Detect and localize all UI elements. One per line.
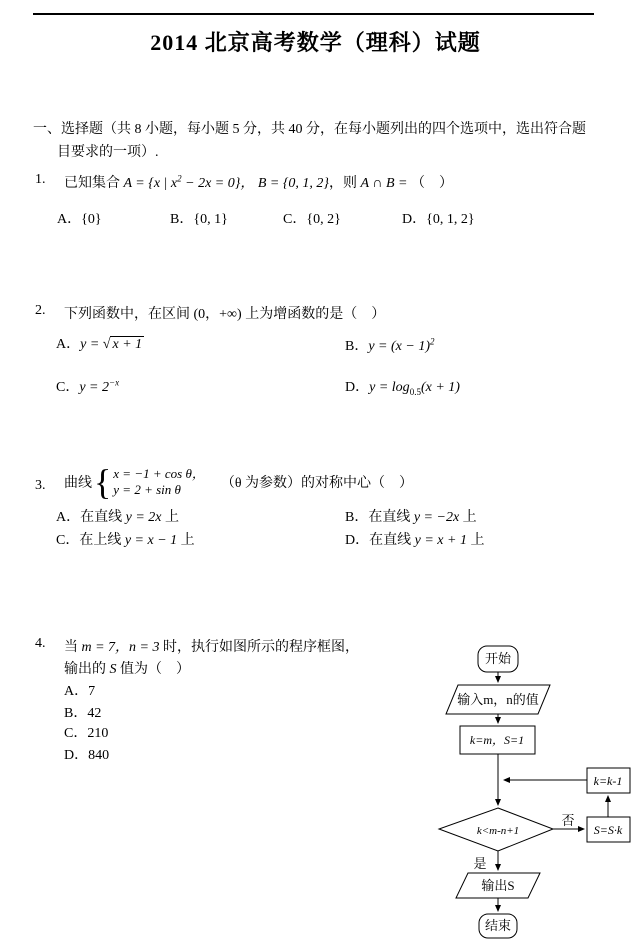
q1-option-b-label: B． [170, 212, 193, 227]
q4-option-b-label: B． [64, 706, 87, 721]
q4-line1-pre: 当 [64, 640, 82, 655]
q4-line1-post: 时，执行如图所示的程序框图， [160, 640, 360, 655]
q1-stem-blank: （ ） [411, 176, 453, 191]
q2-option-c-label: C． [56, 380, 79, 395]
flowchart-start-label: 开始 [485, 651, 512, 666]
q4-option-c: C．210 [64, 722, 108, 742]
flowchart-multiply-label: S=S·k [594, 823, 623, 837]
q3-option-c-math: y = x − 1 [125, 533, 177, 548]
q1-stem-math3: A ∩ B = [361, 176, 411, 191]
q1-number: 1. [35, 172, 46, 188]
q4-stem-line1: 当 m = 7，n = 3 时，执行如图所示的程序框图， [64, 636, 359, 656]
q2-option-a: A．y = √x + 1 [56, 333, 144, 353]
q2-stem: 下列函数中，在区间 (0，+∞) 上为增函数的是（ ） [64, 303, 385, 323]
q3-stem-post: （θ 为参数）的对称中心（ ） [221, 472, 413, 492]
q4-option-a: A．7 [64, 680, 95, 700]
q1-option-d: D．{0, 1, 2} [402, 208, 475, 228]
q2-option-d-log: y = log [369, 380, 410, 395]
q2-option-b: B．y = (x − 1)2 [345, 335, 435, 355]
system-brace: { [94, 464, 111, 500]
q1-stem-math2: − 2x = 0}， B = {0, 1, 2} [182, 176, 329, 191]
flowchart: 开始 输入m，n的值 k=m，S=1 k<m-n+1 否 S=S·k k=k-1… [400, 630, 631, 939]
q3-option-c-post: 上 [177, 533, 195, 548]
q2-option-d-logbase: 0.5 [410, 387, 421, 397]
exam-page: 2014 北京高考数学（理科）试题 一、选择题（共 8 小题，每小题 5 分，共… [0, 0, 631, 939]
q3-option-c: C．在上线 y = x − 1 上 [56, 529, 195, 549]
q3-option-a-label: A． [56, 510, 80, 525]
q4-line2-pre: 输出的 [64, 662, 110, 677]
q3-option-d: D．在直线 y = x + 1 上 [345, 529, 484, 549]
q3-option-a-post: 上 [162, 510, 180, 525]
q1-stem: 已知集合 A = {x | x2 − 2x = 0}， B = {0, 1, 2… [64, 172, 453, 192]
q3-option-a-math: y = 2x [126, 510, 162, 525]
q3-parametric-system: x = −1 + cos θ， y = 2 + sin θ [113, 466, 205, 498]
q2-option-a-label: A． [56, 337, 80, 352]
q3-option-a-pre: 在直线 [80, 510, 126, 525]
q2-option-c-base: y = 2 [79, 380, 109, 395]
q3-option-b-label: B． [345, 510, 368, 525]
q2-number: 2. [35, 303, 46, 319]
q4-line2-post: 值为（ ） [117, 662, 191, 677]
q4-line2-math: S [110, 662, 117, 677]
q4-option-a-label: A． [64, 684, 88, 699]
q4-option-b: B．42 [64, 702, 101, 722]
q3-number: 3. [35, 478, 46, 494]
q2-option-d-arg: (x + 1) [421, 380, 460, 395]
q3-option-d-pre: 在直线 [369, 533, 415, 548]
flowchart-input-label: 输入m，n的值 [457, 692, 539, 708]
q1-option-d-value: {0, 1, 2} [426, 212, 474, 227]
q2-option-b-exponent: 2 [430, 336, 435, 346]
q3-option-a: A．在直线 y = 2x 上 [56, 506, 179, 526]
q4-option-d-label: D． [64, 748, 88, 763]
q3-option-b-math: y = −2x [414, 510, 459, 525]
q2-option-a-pre: y = [80, 337, 103, 352]
q1-option-c-value: {0, 2} [306, 212, 340, 227]
q4-option-c-label: C． [64, 726, 87, 741]
q1-option-b-value: {0, 1} [193, 212, 227, 227]
q1-stem-pre: 已知集合 [64, 176, 124, 191]
q1-option-c-label: C． [283, 212, 306, 227]
q3-option-b-post: 上 [459, 510, 477, 525]
q2-option-a-radicand: x + 1 [110, 336, 144, 352]
flowchart-init-label: k=m，S=1 [470, 733, 524, 747]
page-title: 2014 北京高考数学（理科）试题 [0, 26, 631, 57]
q2-option-c: C．y = 2−x [56, 376, 119, 396]
q2-option-b-label: B． [345, 339, 368, 354]
flowchart-condition-label: k<m-n+1 [477, 825, 519, 837]
q2-option-c-exponent: −x [109, 377, 119, 387]
flowchart-no-label: 否 [561, 813, 574, 828]
q3-option-b-pre: 在直线 [368, 510, 414, 525]
flowchart-end-label: 结束 [485, 918, 511, 933]
flowchart-yes-label: 是 [473, 856, 486, 871]
q3-stem: 曲线 { x = −1 + cos θ， y = 2 + sin θ （θ 为参… [64, 464, 413, 500]
q1-option-a-value: {0} [81, 212, 101, 227]
q4-number: 4. [35, 636, 46, 652]
q1-option-d-label: D． [402, 212, 426, 227]
q4-option-c-value: 210 [87, 726, 108, 741]
q3-option-d-math: y = x + 1 [415, 533, 467, 548]
top-rule [33, 13, 594, 15]
q4-option-b-value: 42 [87, 706, 101, 721]
section-heading: 一、选择题（共 8 小题，每小题 5 分，共 40 分，在每小题列出的四个选项中… [33, 118, 599, 164]
q4-line1-math: m = 7，n = 3 [82, 640, 160, 655]
q1-option-c: C．{0, 2} [283, 208, 341, 228]
q3-option-d-label: D． [345, 533, 369, 548]
flowchart-decrement-label: k=k-1 [594, 774, 623, 788]
q1-option-a: A．{0} [57, 208, 102, 228]
q2-option-b-base: y = (x − 1) [368, 339, 430, 354]
q4-stem-line2: 输出的 S 值为（ ） [64, 658, 190, 678]
q3-system-line1: x = −1 + cos θ， [113, 466, 205, 482]
q3-system-line2: y = 2 + sin θ [113, 482, 205, 498]
q3-option-c-pre: 在上线 [79, 533, 125, 548]
q3-stem-pre: 曲线 [64, 472, 92, 492]
q4-option-a-value: 7 [88, 684, 95, 699]
q1-option-a-label: A． [57, 212, 81, 227]
q1-stem-math1: A = {x | x [124, 176, 178, 191]
flowchart-output-label: 输出S [481, 878, 514, 893]
q1-option-b: B．{0, 1} [170, 208, 228, 228]
q1-stem-mid: ，则 [329, 176, 361, 191]
q4-option-d: D．840 [64, 744, 109, 764]
q4-option-d-value: 840 [88, 748, 109, 763]
q3-option-b: B．在直线 y = −2x 上 [345, 506, 477, 526]
q2-option-d-label: D． [345, 380, 369, 395]
q2-option-d: D．y = log0.5(x + 1) [345, 376, 460, 396]
q3-option-c-label: C． [56, 533, 79, 548]
q3-option-d-post: 上 [467, 533, 485, 548]
